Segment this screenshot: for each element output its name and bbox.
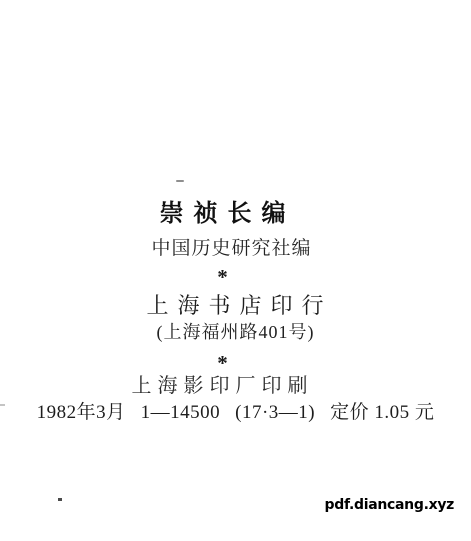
imprint-print-run: 1—14500 <box>141 402 221 424</box>
scanned-colophon-page: 崇祯长编 中国历史研究社编 * 上海书店印行 (上海福州路401号) * 上海影… <box>0 0 471 541</box>
imprint-line: 1982年3月 1—14500 (17·3—1) 定价 1.05 元 <box>0 402 471 424</box>
scan-artifact-speck <box>0 404 5 406</box>
asterisk-separator-top: * <box>0 267 458 288</box>
imprint-price: 定价 1.05 元 <box>330 402 434 424</box>
editor-credit: 中国历史研究社编 <box>0 238 467 260</box>
publisher-name: 上海书店印行 <box>4 295 471 317</box>
scan-artifact-speck <box>58 498 62 501</box>
imprint-date: 1982年3月 <box>37 402 126 424</box>
asterisk-separator-bottom: * <box>0 353 458 374</box>
scan-artifact-dash <box>176 180 184 182</box>
watermark-text: pdf.diancang.xyz <box>325 498 454 512</box>
publisher-address: (上海福州路401号) <box>0 322 471 344</box>
book-title: 崇祯长编 <box>0 202 463 226</box>
imprint-book-number: (17·3—1) <box>235 402 315 424</box>
printer-name: 上海影印厂印刷 <box>0 376 458 396</box>
